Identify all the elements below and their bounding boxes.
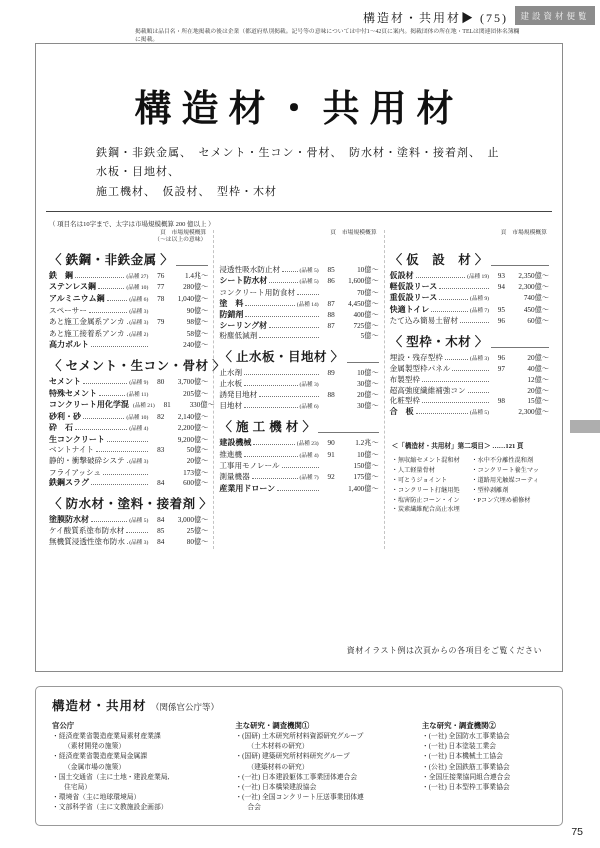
item-market-size: 400億～ xyxy=(335,310,379,321)
item-page-ref: 82 xyxy=(150,412,164,423)
item-variety-count: (品種 9) xyxy=(129,378,148,389)
item-variety-count: (品種 3) xyxy=(470,354,489,365)
item-row: セメント(品種 9)803,700億～ xyxy=(49,377,208,389)
item-name: 推進機 xyxy=(219,450,242,461)
dotted-leader xyxy=(103,474,148,475)
item-row: ステンレス鋼(品種 10)77280億～ xyxy=(49,282,208,294)
item-variety-count: (品種 3) xyxy=(300,380,319,391)
item-market-size: 175億～ xyxy=(335,472,379,483)
agency-line: ・経済産業省製造産業局素材産業課 xyxy=(52,732,225,742)
item-name: 誘発目地材 xyxy=(219,390,257,401)
dotted-leader xyxy=(91,484,148,485)
second-item: ・Pコン穴埋め補修材 xyxy=(471,496,549,506)
dotted-leader xyxy=(245,316,318,317)
item-name: コンクリート用化学混 xyxy=(49,400,129,411)
item-variety-count: (品種 10) xyxy=(126,283,148,294)
agency-line: 住宅局） xyxy=(52,783,225,793)
agency-line: ・(一社) 全国コンクリート圧送事業団体連 xyxy=(235,793,412,803)
item-row: 軽仮設リース942,300億～ xyxy=(390,282,549,293)
agencies-box: 構造材・共用材 （関係官公庁等） 官公庁・経済産業省製造産業局素材産業課（素材開… xyxy=(35,686,563,826)
item-row: フライアッシュ173億～ xyxy=(49,468,208,479)
dotted-leader xyxy=(75,429,127,430)
item-row: あと施工金属系アンカ(品種 3)7998億～ xyxy=(49,317,208,329)
item-name: 重仮設リース xyxy=(390,293,438,304)
item-market-size: 4,450億～ xyxy=(335,299,379,310)
agency-item: ・(一社) 日本建設躯体工事業団体連合会 xyxy=(235,773,412,783)
dotted-leader xyxy=(244,456,297,457)
item-column-2: 頁 市場規模概算浸透性吸水防止材(品種 5)8510億～シート防水材(品種 5)… xyxy=(213,230,383,549)
agency-line: （金属市場の施策） xyxy=(52,763,225,773)
dotted-leader xyxy=(468,392,489,393)
page-number: 75 xyxy=(571,826,583,838)
dotted-leader xyxy=(445,359,468,360)
item-market-size: 2,140億～ xyxy=(164,412,208,423)
agency-item: ・経済産業省製造産業局素材産業課（素材開発の施策） xyxy=(52,732,225,752)
item-row: 止水板(品種 3)30億～ xyxy=(219,379,378,391)
item-name: 合 板 xyxy=(390,407,414,418)
item-row: 高力ボルト240億～ xyxy=(49,340,208,351)
section-header: 〈 型枠・木材 〉 xyxy=(390,332,549,350)
agency-line: ・(一社) 日本型枠工事業協会 xyxy=(422,783,548,793)
dotted-leader xyxy=(83,383,127,384)
dotted-leader xyxy=(277,490,318,491)
item-row: 工事用モノレール150億～ xyxy=(219,461,378,472)
item-name: 目地材 xyxy=(219,401,242,412)
agency-item: ・(一社) 日本型枠工事業協会 xyxy=(422,783,548,793)
second-item: ・コンクリート打継用処 xyxy=(392,486,470,496)
dotted-leader xyxy=(460,322,489,323)
item-page-ref: 85 xyxy=(321,265,335,276)
item-variety-count: (品種 4) xyxy=(300,451,319,462)
second-item: ・無収縮セメント混和材 xyxy=(392,456,470,466)
dotted-leader xyxy=(269,327,318,328)
item-market-size: 98億～ xyxy=(164,317,208,328)
item-name: 軽仮設リース xyxy=(390,282,438,293)
dotted-leader xyxy=(107,300,128,301)
item-page-ref: 76 xyxy=(150,271,164,282)
item-market-size: 10億～ xyxy=(335,265,379,276)
section-header: 〈 施 工 機 材 〉 xyxy=(219,417,378,435)
agency-line: （素材開発の施策） xyxy=(52,742,225,752)
item-page-ref: 91 xyxy=(321,450,335,461)
second-item: ・可とうジョイント xyxy=(392,476,470,486)
units-label: 頁 市場規模概算 xyxy=(219,230,376,238)
units-note: （～は以上の意味） xyxy=(49,237,206,245)
item-page-ref: 84 xyxy=(150,478,164,489)
item-market-size: 173億～ xyxy=(164,468,208,479)
item-variety-count: (品種 7) xyxy=(300,473,319,484)
title-divider xyxy=(46,211,552,212)
item-name: あと施工金属系アンカ xyxy=(49,317,125,328)
item-row: ベントナイト8350億～ xyxy=(49,445,208,456)
agency-line: （土木材料の研究） xyxy=(235,742,412,752)
item-name: あと施工接着系アンカ xyxy=(49,329,125,340)
item-page-ref: 84 xyxy=(150,537,164,548)
item-name: 高力ボルト xyxy=(49,340,89,351)
item-row: たて込み簡易土留材9660億～ xyxy=(390,316,549,327)
item-variety-count: (品種 21) xyxy=(133,401,155,412)
item-market-size: 3,700億～ xyxy=(164,377,208,388)
dotted-leader xyxy=(253,444,294,445)
running-head: 構造材・共用材▶ (75) xyxy=(363,9,508,26)
item-name: 鉄 鋼 xyxy=(49,271,73,282)
page-header: 構造材・共用材▶ (75) 建設資材便覧 xyxy=(0,0,600,28)
item-row: 鉄鋼スラグ84600億～ xyxy=(49,478,208,489)
item-market-size: 240億～ xyxy=(164,340,208,351)
item-variety-count: (品種 4) xyxy=(129,424,148,435)
item-variety-count: (品種 5) xyxy=(129,516,148,527)
bold-legend-caption: （ 項目名は10字まで、太字は市場規模概算 200 億以上 ） xyxy=(49,219,562,228)
item-row: 誘発目地材8820億～ xyxy=(219,390,378,401)
item-row: 粉塵低減剤5億～ xyxy=(219,331,378,342)
item-name: 防錆剤 xyxy=(219,310,243,321)
agency-item: ・(国研) 建築研究所材料研究グループ（建築材料の研究） xyxy=(235,752,412,772)
agency-line: ・(一社) 日本機械土工協会 xyxy=(422,752,548,762)
section-title: 〈 鉄鋼・非鉄金属 〉 xyxy=(49,250,173,268)
item-market-size: 40億～ xyxy=(505,364,549,375)
agency-item: ・(一社) 全国コンクリート圧送事業団体連合会 xyxy=(235,793,412,813)
item-name: ケイ酸質系塗布防水材 xyxy=(49,526,124,537)
item-page-ref: 87 xyxy=(321,321,335,332)
item-variety-count: (品種 3) xyxy=(129,457,148,468)
second-item: ・炭素繊維配合高止水埋 xyxy=(392,505,470,515)
item-row: シーリング材87725億～ xyxy=(219,321,378,332)
item-name: 快適トイレ xyxy=(390,305,430,316)
item-name: ステンレス鋼 xyxy=(49,282,96,293)
agency-item: ・全国圧接業協同組合連合会 xyxy=(422,773,548,783)
item-row: 砂利・砂(品種 10)822,140億～ xyxy=(49,412,208,424)
units-label: 頁 市場規模概算 xyxy=(390,230,547,238)
item-market-size: 1,400億～ xyxy=(335,484,379,495)
item-market-size: 600億～ xyxy=(164,478,208,489)
item-row: 埋設・残存型枠(品種 3)9620億～ xyxy=(390,353,549,365)
second-item: ・水中不分離性混和剤 xyxy=(471,456,549,466)
item-market-size: 3,000億～ xyxy=(164,515,208,526)
dotted-leader xyxy=(245,305,294,306)
dotted-leader xyxy=(416,277,465,278)
second-item: ・型枠剥離剤 xyxy=(471,486,549,496)
dotted-leader xyxy=(244,374,319,375)
agency-item: ・経済産業省製造産業局金属課（金属市場の施策） xyxy=(52,752,225,772)
agency-line: ・(国研) 土木研究所材料資源研究グループ xyxy=(235,732,412,742)
item-market-size: 90億～ xyxy=(164,306,208,317)
item-market-size: 50億～ xyxy=(164,445,208,456)
item-name: シーリング材 xyxy=(219,321,267,332)
item-variety-count: (品種 5) xyxy=(300,266,319,277)
dotted-leader xyxy=(126,532,148,533)
section-title: 〈 施 工 機 材 〉 xyxy=(219,417,315,435)
bottom-column-2: 主な研究・調査機関①・(国研) 土木研究所材料資源研究グループ（土木材料の研究）… xyxy=(235,720,412,814)
item-variety-count: (品種 10) xyxy=(126,413,148,424)
item-page-ref: 96 xyxy=(491,353,505,364)
item-page-ref: 80 xyxy=(150,377,164,388)
section-title: 〈 止水板・目地材 〉 xyxy=(219,347,343,365)
item-market-size: 1,040億～ xyxy=(164,294,208,305)
dotted-leader xyxy=(422,402,489,403)
item-row: 金属製型枠パネル9740億～ xyxy=(390,364,549,375)
dotted-leader xyxy=(127,335,128,336)
item-row: 鉄 鋼(品種 27)761.4兆～ xyxy=(49,271,208,283)
item-row: 合 板(品種 5)2,300億～ xyxy=(390,407,549,419)
column-units-header: 頁 市場規模概算（～は以上の意味） xyxy=(49,230,208,245)
item-name: 布製型枠 xyxy=(390,375,420,386)
item-page-ref: 85 xyxy=(150,526,164,537)
dotted-leader xyxy=(431,311,468,312)
item-row: 重仮設リース(品種 9)740億～ xyxy=(390,293,549,305)
item-name: シート防水材 xyxy=(219,276,267,287)
dotted-leader xyxy=(99,395,125,396)
agency-line: ・経済産業省製造産業局金属課 xyxy=(52,752,225,762)
item-page-ref: 88 xyxy=(321,390,335,401)
second-item: ・人工軽量骨材 xyxy=(392,466,470,476)
section-spacer xyxy=(219,245,378,265)
dotted-leader xyxy=(439,288,489,289)
item-market-size: 725億～ xyxy=(335,321,379,332)
bottom-column-header: 主な研究・調査機関② xyxy=(422,720,548,731)
second-item: ・コンクリート養生マッ xyxy=(471,466,549,476)
item-row: 建設機械(品種 23)901.2兆～ xyxy=(219,438,378,450)
item-market-size: 20億～ xyxy=(505,353,549,364)
item-name: ベントナイト xyxy=(49,445,94,456)
item-market-size: 12億～ xyxy=(505,375,549,386)
item-variety-count: (品種 23) xyxy=(297,439,319,450)
section-rule xyxy=(347,362,379,363)
item-market-size: 20億～ xyxy=(335,390,379,401)
subtitle-line: 施工機材、 仮設材、 型枠・木材 xyxy=(96,186,277,198)
item-name: 砂利・砂 xyxy=(49,412,81,423)
item-name: コンクリート用防食材 xyxy=(219,288,295,299)
item-market-size: 1.4兆～ xyxy=(164,271,208,282)
item-market-size: 330億～ xyxy=(171,400,215,411)
second-items-grid: ・無収縮セメント混和材・水中不分離性混和剤・人工軽量骨材・コンクリート養生マッ・… xyxy=(392,456,549,516)
item-market-size: 30億～ xyxy=(335,401,379,412)
item-name: 無機質浸透性塗布防水 xyxy=(49,537,125,548)
dotted-leader xyxy=(252,478,298,479)
agency-line: ・(一社) 全国防水工事業協会 xyxy=(422,732,548,742)
dotted-leader xyxy=(452,370,489,371)
dotted-leader xyxy=(89,312,127,313)
item-variety-count: (品種 7) xyxy=(470,306,489,317)
agency-line: 合会 xyxy=(235,803,412,813)
item-page-ref: 84 xyxy=(150,515,164,526)
item-name: 粉塵低減剤 xyxy=(219,331,257,342)
item-row: 生コンクリート9,200億～ xyxy=(49,435,208,446)
dotted-leader xyxy=(269,282,297,283)
item-market-size: 740億～ xyxy=(505,293,549,304)
item-name: 産業用ドローン xyxy=(219,484,275,495)
item-variety-count: (品種 9) xyxy=(470,294,489,305)
item-row: 特殊セメント(品種 11)205億～ xyxy=(49,389,208,401)
agency-item: ・(公社) 全国鉄筋工事業協会 xyxy=(422,763,548,773)
item-market-size: 2,350億～ xyxy=(505,271,549,282)
dotted-leader xyxy=(282,271,297,272)
section-rule xyxy=(318,432,378,433)
item-market-size: 5億～ xyxy=(335,331,379,342)
section-rule xyxy=(491,347,549,348)
dotted-leader xyxy=(297,294,319,295)
dotted-leader xyxy=(416,413,468,414)
dotted-leader xyxy=(83,418,124,419)
item-name: 測量機器 xyxy=(219,472,249,483)
item-page-ref: 89 xyxy=(321,368,335,379)
agencies-box-title: 構造材・共用材 （関係官公庁等） xyxy=(52,696,548,714)
item-variety-count: (品種 19) xyxy=(467,272,489,283)
item-market-size: 1.2兆～ xyxy=(335,438,379,449)
item-market-size: 20億～ xyxy=(164,456,208,467)
dotted-leader xyxy=(439,299,468,300)
category-subtitle: 鉄鋼・非鉄金属、 セメント・生コン・骨材、 防水材・塗料・接着剤、 止水板・目地… xyxy=(96,144,508,202)
section-title: 〈 防水材・塗料・接着剤 〉 xyxy=(49,494,212,512)
dotted-leader xyxy=(96,451,148,452)
agency-item: ・文部科学省（主に文教施設企画部） xyxy=(52,803,225,813)
item-name: アルミニウム鋼 xyxy=(49,294,105,305)
series-badge: 建設資材便覧 xyxy=(515,6,595,25)
item-row: 超高強度繊維補強コン20億～ xyxy=(390,386,549,397)
agency-line: ・(公社) 全国鉄筋工事業協会 xyxy=(422,763,548,773)
item-market-size: 10億～ xyxy=(335,450,379,461)
item-market-size: 58億～ xyxy=(164,329,208,340)
item-market-size: 2,300億～ xyxy=(505,282,549,293)
item-page-ref: 93 xyxy=(491,271,505,282)
agency-line: ・(国研) 建築研究所材料研究グループ xyxy=(235,752,412,762)
item-page-ref: 78 xyxy=(150,294,164,305)
item-variety-count: (品種 3) xyxy=(129,538,148,549)
page-title: 構造材・共用材 xyxy=(36,78,562,132)
item-variety-count: (品種 3) xyxy=(129,307,148,318)
agency-line: ・全国圧接業協同組合連合会 xyxy=(422,773,548,783)
item-name: 止水板 xyxy=(219,379,242,390)
item-name: 鉄鋼スラグ xyxy=(49,478,89,489)
item-variety-count: (品種 27) xyxy=(126,272,148,283)
item-row: 産業用ドローン1,400億～ xyxy=(219,484,378,495)
item-market-size: 2,300億～ xyxy=(505,407,549,418)
item-row: コンクリート用防食材70億～ xyxy=(219,288,378,299)
item-columns: 頁 市場規模概算（～は以上の意味）〈 鉄鋼・非鉄金属 〉鉄 鋼(品種 27)76… xyxy=(44,230,554,549)
agency-line: ・(一社) 日本塗装工業会 xyxy=(422,742,548,752)
item-name: 静的・衝撃破砕システ xyxy=(49,456,125,467)
item-row: 測量機器(品種 7)92175億～ xyxy=(219,472,378,484)
illustration-note: 資材イラスト例は次頁からの各項目をご覧ください xyxy=(347,645,542,656)
item-page-ref: 97 xyxy=(491,364,505,375)
item-name: 建設機械 xyxy=(219,438,251,449)
item-market-size: 150億～ xyxy=(335,461,379,472)
subtitle-line: 鉄鋼・非鉄金属、 セメント・生コン・骨材、 防水材・塗料・接着剤、 止水板・目地… xyxy=(96,147,500,178)
item-row: 快適トイレ(品種 7)95450億～ xyxy=(390,305,549,317)
item-page-ref: 88 xyxy=(321,310,335,321)
item-name: 特殊セメント xyxy=(49,389,97,400)
item-row: 浸透性吸水防止材(品種 5)8510億～ xyxy=(219,265,378,277)
item-variety-count: (品種 3) xyxy=(129,318,148,329)
second-item: ・塩害防止コーン・イン xyxy=(392,496,470,506)
item-row: 仮設材(品種 19)932,350億～ xyxy=(390,271,549,283)
item-name: 埋設・残存型枠 xyxy=(390,353,443,364)
agency-line: ・(一社) 日本橋梁建設協会 xyxy=(235,783,412,793)
dotted-leader xyxy=(282,467,319,468)
dotted-leader xyxy=(259,396,318,397)
item-page-ref: 98 xyxy=(491,396,505,407)
bottom-column-header: 官公庁 xyxy=(52,720,225,731)
item-row: スペーサー(品種 3)90億～ xyxy=(49,306,208,318)
item-name: たて込み簡易土留材 xyxy=(390,316,458,327)
item-name: 工事用モノレール xyxy=(219,461,279,472)
item-market-size: 2,200億～ xyxy=(164,423,208,434)
main-content-box: 構造材・共用材 鉄鋼・非鉄金属、 セメント・生コン・骨材、 防水材・塗料・接着剤… xyxy=(35,43,563,672)
section-title: 〈 仮 設 材 〉 xyxy=(390,250,488,268)
item-name: 砕 石 xyxy=(49,423,73,434)
dotted-leader xyxy=(91,521,127,522)
item-page-ref: 94 xyxy=(491,282,505,293)
section-header: 〈 セメント・生コン・骨材 〉 xyxy=(49,356,208,374)
item-page-ref: 96 xyxy=(491,316,505,327)
item-market-size: 30億～ xyxy=(335,379,379,390)
section-rule xyxy=(491,265,549,266)
item-market-size: 20億～ xyxy=(505,386,549,397)
agency-line: ・(一社) 日本建設躯体工事業団体連合会 xyxy=(235,773,412,783)
item-name: 塗 料 xyxy=(219,299,243,310)
item-page-ref: 90 xyxy=(321,438,335,449)
item-row: ケイ酸質系塗布防水材8525億～ xyxy=(49,526,208,537)
item-row: 布製型枠12億～ xyxy=(390,375,549,386)
dotted-leader xyxy=(127,462,128,463)
item-row: あと施工接着系アンカ(品種 2)58億～ xyxy=(49,329,208,341)
item-market-size: 70億～ xyxy=(335,288,379,299)
agency-item: ・(一社) 日本橋梁建設協会 xyxy=(235,783,412,793)
dotted-leader xyxy=(127,323,128,324)
item-variety-count: (品種 2) xyxy=(129,330,148,341)
dotted-leader xyxy=(107,441,148,442)
item-name: 超高強度繊維補強コン xyxy=(390,386,466,397)
item-row: 目地材(品種 6)30億～ xyxy=(219,401,378,413)
agency-line: ・環境省（主に地球環境局） xyxy=(52,793,225,803)
item-market-size: 25億～ xyxy=(164,526,208,537)
item-page-ref: 86 xyxy=(321,276,335,287)
dotted-leader xyxy=(244,407,297,408)
item-row: 防錆剤88400億～ xyxy=(219,310,378,321)
dotted-leader xyxy=(91,346,148,347)
second-items-title: ＜「構造材・共用材」第二項目＞ ……121 頁 xyxy=(392,442,549,453)
agency-line: ・国土交通省（主に土地・建設産業局, xyxy=(52,773,225,783)
bottom-column-header: 主な研究・調査機関① xyxy=(235,720,412,731)
second-item: ・道路用光触媒コーティ xyxy=(471,476,549,486)
item-name: スペーサー xyxy=(49,306,87,317)
item-column-3: 頁 市場規模概算〈 仮 設 材 〉仮設材(品種 19)932,350億～軽仮設リ… xyxy=(384,230,554,549)
edge-index-tab xyxy=(570,420,600,433)
item-market-size: 60億～ xyxy=(505,316,549,327)
section-header: 〈 防水材・塗料・接着剤 〉 xyxy=(49,494,208,512)
item-market-size: 9,200億～ xyxy=(164,435,208,446)
item-row: 砕 石(品種 4)2,200億～ xyxy=(49,423,208,435)
bottom-columns: 官公庁・経済産業省製造産業局素材産業課（素材開発の施策）・経済産業省製造産業局金… xyxy=(52,720,548,814)
agency-item: ・環境省（主に地球環境局） xyxy=(52,793,225,803)
dotted-leader xyxy=(75,277,124,278)
agency-item: ・国土交通省（主に土地・建設産業局,住宅局） xyxy=(52,773,225,793)
dotted-leader xyxy=(422,381,489,382)
item-column-1: 頁 市場規模概算（～は以上の意味）〈 鉄鋼・非鉄金属 〉鉄 鋼(品種 27)76… xyxy=(44,230,213,549)
item-row: 静的・衝撃破砕システ(品種 3)20億～ xyxy=(49,456,208,468)
agency-item: ・(一社) 全国防水工事業協会 xyxy=(422,732,548,742)
dotted-leader xyxy=(259,337,318,338)
item-page-ref: 81 xyxy=(157,400,171,411)
item-row: コンクリート用化学混(品種 21)81330億～ xyxy=(49,400,208,412)
item-name: 浸透性吸水防止材 xyxy=(219,265,280,276)
item-name: 化粧型枠 xyxy=(390,396,420,407)
section-header: 〈 鉄鋼・非鉄金属 〉 xyxy=(49,250,208,268)
agency-line: ・文部科学省（主に文教施設企画部） xyxy=(52,803,225,813)
item-row: アルミニウム鋼(品種 6)781,040億～ xyxy=(49,294,208,306)
column-units-header: 頁 市場規模概算 xyxy=(390,230,549,245)
item-page-ref: 92 xyxy=(321,472,335,483)
item-row: 塗 料(品種 14)874,450億～ xyxy=(219,299,378,311)
